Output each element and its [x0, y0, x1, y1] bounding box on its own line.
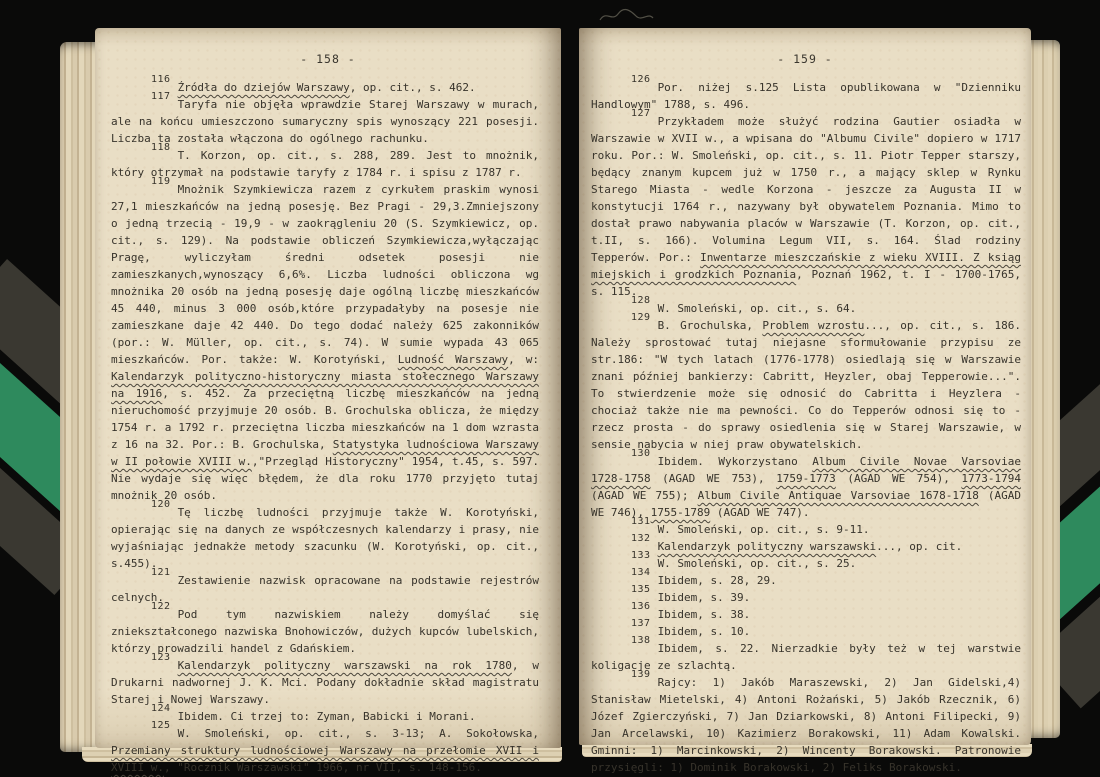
footnote-text: Przykładem może służyć rodzina Gautier o… [591, 115, 1021, 264]
footnote-text: ..., op. cit., s. 186. Należy sprostować… [591, 319, 1021, 451]
cited-title: 1755-1789 [651, 506, 711, 519]
footnote-text: (AGAD WE 753), [651, 472, 777, 485]
footnote-number: 138 [631, 635, 651, 646]
footnote-text: Ibidem, s. 10. [658, 625, 751, 638]
footnote-133: 133W. Smoleński, op. cit., s. 25. [591, 555, 1021, 572]
footnote-number: 120 [151, 499, 171, 510]
footnote-text: Ibidem, s. 22. Nierzadkie były też w tej… [591, 642, 1021, 672]
footnote-number: 125 [151, 720, 171, 731]
footnote-138: 138Ibidem, s. 22. Nierzadkie były też w … [591, 640, 1021, 674]
footnote-number: 132 [631, 533, 651, 544]
footnote-text: Ibidem. Wykorzystano [658, 455, 813, 468]
footnote-number: 134 [631, 567, 651, 578]
footnotes-right: 126Por. niżej s.125 Lista opublikowana w… [579, 79, 1031, 776]
footnote-119: 119Mnożnik Szymkiewicza razem z cyrkułem… [111, 181, 539, 504]
footnote-136: 136Ibidem, s. 38. [591, 606, 1021, 623]
footnote-number: 123 [151, 652, 171, 663]
footnote-126: 126Por. niżej s.125 Lista opublikowana w… [591, 79, 1021, 113]
footnote-text: W. Smoleński, op. cit., s. 3-13; A. Soko… [178, 727, 539, 740]
footnote-text: Taryfa nie objęła wprawdzie Starej Warsz… [111, 98, 539, 145]
cited-title: 1773-1794 [961, 472, 1021, 485]
footnote-number: 122 [151, 601, 171, 612]
handwritten-mark [596, 4, 656, 26]
footnote-text: Rajcy: 1) Jakób Maraszewski, 2) Jan Gide… [591, 676, 1021, 774]
footnote-number: 116 [151, 74, 171, 85]
footnote-121: 121Zestawienie nazwisk opracowane na pod… [111, 572, 539, 606]
book-scan: - 158 - 116Źródła do dziejów Warszawy, o… [0, 0, 1100, 777]
footnote-text: (AGAD WE 755); [591, 489, 698, 502]
footnote-text: , "Rocznik Warszawski" 1966, nr VII, s. … [164, 761, 482, 774]
footnote-number: 119 [151, 176, 171, 187]
footnote-text: , op. cit., s. 462. [350, 81, 476, 94]
footnote-number: 129 [631, 312, 651, 323]
cited-title: Kalendarzyk polityczny warszawski na rok… [178, 659, 512, 672]
footnote-number: 136 [631, 601, 651, 612]
footnote-text: W. Smoleński, op. cit., s. 64. [658, 302, 857, 315]
cited-title: 1759-1773 [776, 472, 836, 485]
footnote-118: 118T. Korzon, op. cit., s. 288, 289. Jes… [111, 147, 539, 181]
footnote-123: 123Kalendarzyk polityczny warszawski na … [111, 657, 539, 708]
footnotes-left: 116Źródła do dziejów Warszawy, op. cit.,… [95, 79, 561, 776]
footnote-124: 124Ibidem. Ci trzej to: Zyman, Babicki i… [111, 708, 539, 725]
footnote-135: 135Ibidem, s. 39. [591, 589, 1021, 606]
right-page: - 159 - 126Por. niżej s.125 Lista opubli… [579, 28, 1031, 745]
footnote-text: ..., op. cit. [876, 540, 962, 553]
footnote-text: Zestawienie nazwisk opracowane na podsta… [111, 574, 539, 604]
footnote-text: W. Smoleński, op. cit., s. 9-11. [658, 523, 870, 536]
page-edges-right [1028, 40, 1060, 738]
footnote-text: Ibidem, s. 39. [658, 591, 751, 604]
left-page: - 158 - 116Źródła do dziejów Warszawy, o… [95, 28, 561, 748]
footnote-number: 126 [631, 74, 651, 85]
footnote-117: 117Taryfa nie objęła wprawdzie Starej Wa… [111, 96, 539, 147]
cited-title: Problem wzrostu [762, 319, 864, 332]
footnote-127: 127Przykładem może służyć rodzina Gautie… [591, 113, 1021, 300]
footnote-number: 130 [631, 448, 651, 459]
cited-title: Album Civile Antiquae Varsoviae 1678-171… [698, 489, 979, 502]
footnote-text: Mnożnik Szymkiewicza razem z cyrkułem pr… [111, 183, 539, 366]
footnote-137: 137Ibidem, s. 10. [591, 623, 1021, 640]
page-number-left: - 158 - [95, 52, 561, 66]
footnote-120: 120Tę liczbę ludności przyjmuje także W.… [111, 504, 539, 572]
footnote-number: 127 [631, 108, 651, 119]
footnote-139: 139Rajcy: 1) Jakób Maraszewski, 2) Jan G… [591, 674, 1021, 776]
footnote-130: 130Ibidem. Wykorzystano Album Civile Nov… [591, 453, 1021, 521]
footnote-116: 116Źródła do dziejów Warszawy, op. cit.,… [111, 79, 539, 96]
footnote-number: 139 [631, 669, 651, 680]
footnote-text: B. Grochulska, [658, 319, 763, 332]
footnote-number: 117 [151, 91, 171, 102]
page-number-right: - 159 - [579, 52, 1031, 66]
footnote-number: 124 [151, 703, 171, 714]
footnote-131: 131W. Smoleński, op. cit., s. 9-11. [591, 521, 1021, 538]
cited-title: Ludność Warszawy [398, 353, 508, 366]
footnote-text: Pod tym nazwiskiem należy domyślać się z… [111, 608, 539, 655]
footnote-number: 121 [151, 567, 171, 578]
footnote-text: (AGAD WE 754), [836, 472, 962, 485]
footnote-129: 129B. Grochulska, Problem wzrostu..., op… [591, 317, 1021, 453]
footnote-text: , w: [508, 353, 539, 366]
footnote-text: T. Korzon, op. cit., s. 288, 289. Jest t… [111, 149, 539, 179]
footnote-number: 118 [151, 142, 171, 153]
footnote-number: 137 [631, 618, 651, 629]
footnote-text: Por. niżej s.125 Lista opublikowana w "D… [591, 81, 1021, 111]
footnote-134: 134Ibidem, s. 28, 29. [591, 572, 1021, 589]
footnote-number: 131 [631, 516, 651, 527]
footnote-122: 122Pod tym nazwiskiem należy domyślać si… [111, 606, 539, 657]
footnote-128: 128W. Smoleński, op. cit., s. 64. [591, 300, 1021, 317]
footnote-text: Ibidem. Ci trzej to: Zyman, Babicki i Mo… [178, 710, 476, 723]
footnote-text: Ibidem, s. 38. [658, 608, 751, 621]
cited-title: Kalendarzyk polityczny warszawski [658, 540, 877, 553]
footnote-number: 128 [631, 295, 651, 306]
cited-title: Źródła do dziejów Warszawy [178, 81, 350, 94]
footnote-text: W. Smoleński, op. cit., s. 25. [658, 557, 857, 570]
footnote-125: 125W. Smoleński, op. cit., s. 3-13; A. S… [111, 725, 539, 776]
footnote-text: Tę liczbę ludności przyjmuje także W. Ko… [111, 506, 539, 570]
footnote-132: 132Kalendarzyk polityczny warszawski...,… [591, 538, 1021, 555]
footnote-number: 135 [631, 584, 651, 595]
footnote-text: Ibidem, s. 28, 29. [658, 574, 777, 587]
footnote-text: (AGAD WE 747). [710, 506, 809, 519]
footnote-number: 133 [631, 550, 651, 561]
